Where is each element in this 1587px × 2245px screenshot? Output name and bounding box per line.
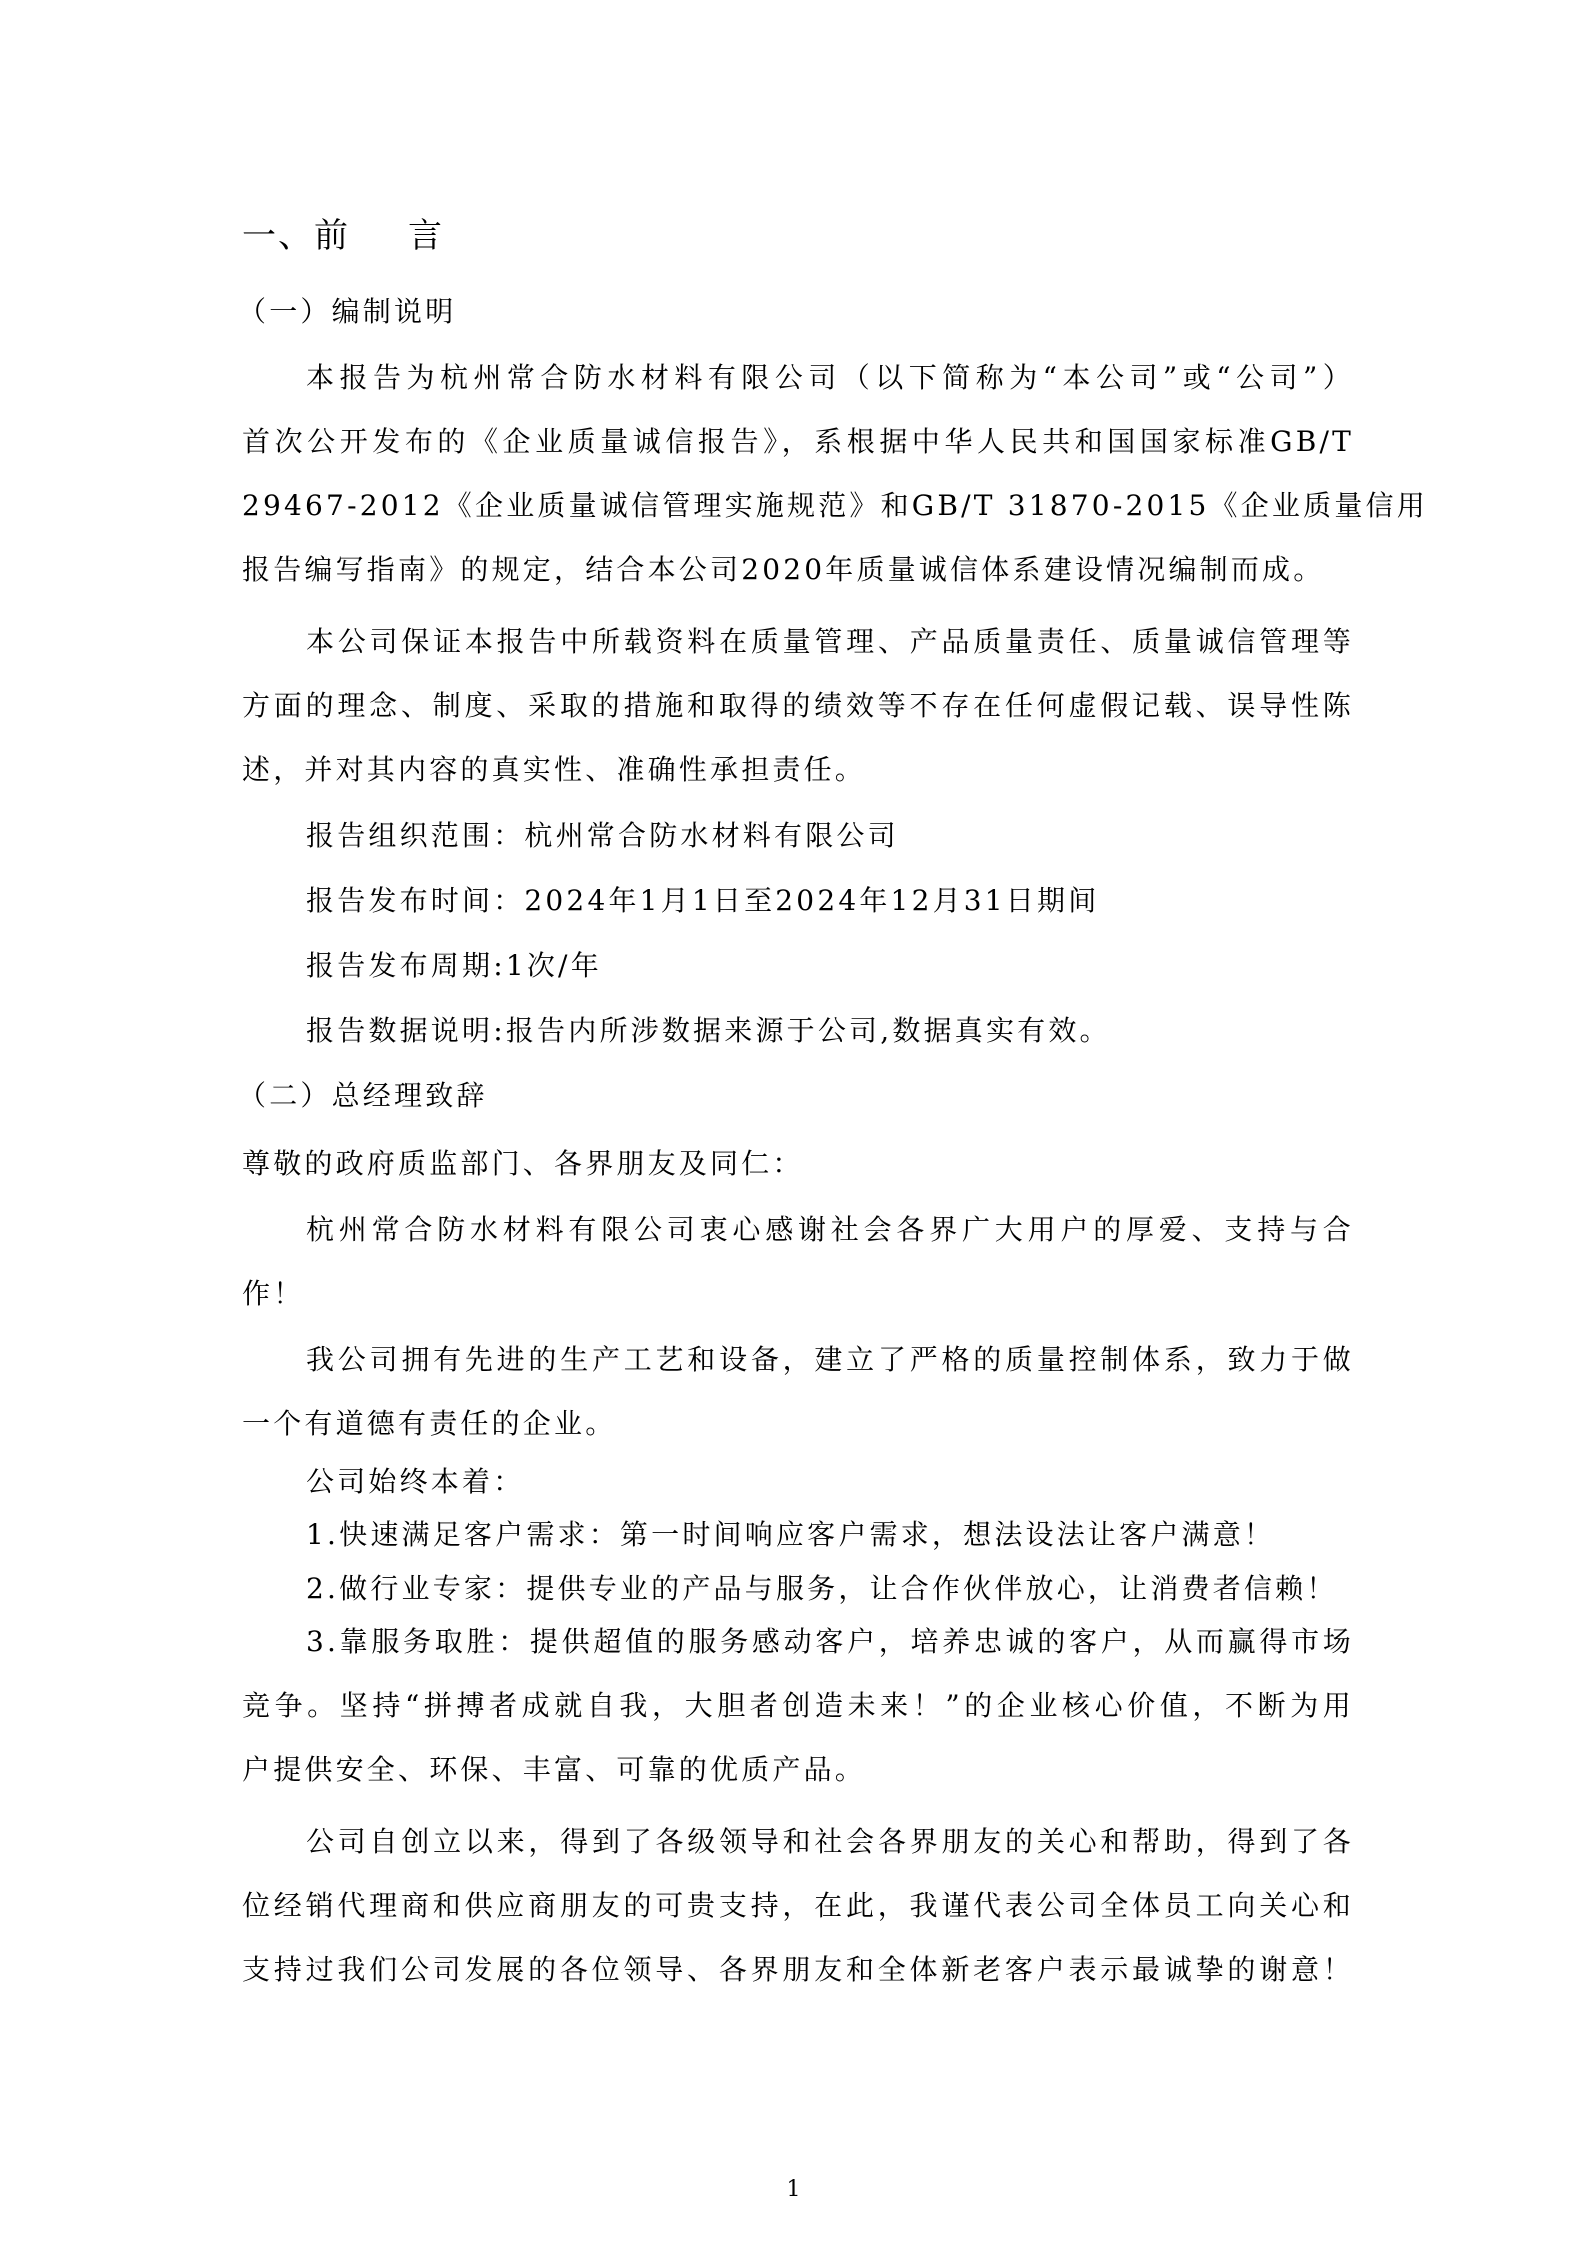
section-title-compilation-notes: （一）编制说明 bbox=[238, 295, 456, 329]
paragraph-line: 29467-2012《企业质量诚信管理实施规范》和GB/T 31870-2015… bbox=[242, 489, 1354, 523]
paragraph-line: 方面的理念、制度、采取的措施和取得的绩效等不存在任何虚假记载、误导性陈 bbox=[242, 689, 1354, 723]
paragraph-line: 户提供安全、环保、丰富、可靠的优质产品。 bbox=[242, 1753, 866, 1787]
principle-item: 1.快速满足客户需求：第一时间响应客户需求，想法设法让客户满意！ bbox=[306, 1518, 1275, 1552]
field-report-frequency: 报告发布周期:1次/年 bbox=[306, 949, 602, 983]
field-label: 报告数据说明: bbox=[306, 1014, 506, 1047]
paragraph-line: 述，并对其内容的真实性、准确性承担责任。 bbox=[242, 753, 866, 787]
paragraph-line: 位经销代理商和供应商朋友的可贵支持，在此，我谨代表公司全体员工向关心和 bbox=[242, 1889, 1354, 1923]
field-value: 杭州常合防水材料有限公司 bbox=[524, 819, 898, 852]
field-value: 2024年1月1日至2024年12月31日期间 bbox=[524, 884, 1099, 917]
field-report-scope: 报告组织范围：杭州常合防水材料有限公司 bbox=[306, 819, 899, 853]
paragraph-line: 首次公开发布的《企业质量诚信报告》，系根据中华人民共和国国家标准GB/T bbox=[242, 425, 1354, 459]
paragraph-line: 公司自创立以来，得到了各级领导和社会各界朋友的关心和帮助，得到了各 bbox=[306, 1825, 1354, 1859]
chapter-heading: 一、前言 bbox=[242, 216, 444, 256]
field-value: 报告内所涉数据来源于公司,数据真实有效。 bbox=[506, 1014, 1111, 1047]
paragraph-line: 报告编写指南》的规定，结合本公司2020年质量诚信体系建设情况编制而成。 bbox=[242, 553, 1324, 587]
principles-intro: 公司始终本着： bbox=[306, 1465, 524, 1499]
field-label: 报告发布周期: bbox=[306, 949, 506, 982]
paragraph-line: 本公司保证本报告中所载资料在质量管理、产品质量责任、质量诚信管理等 bbox=[306, 625, 1354, 659]
paragraph-line: 杭州常合防水材料有限公司衷心感谢社会各界广大用户的厚爱、支持与合 bbox=[306, 1213, 1354, 1247]
field-label: 报告组织范围： bbox=[306, 819, 524, 852]
paragraph-line: 支持过我们公司发展的各位领导、各界朋友和全体新老客户表示最诚挚的谢意！ bbox=[242, 1953, 1354, 1987]
chapter-number: 一、 bbox=[242, 216, 314, 256]
field-value: 1次/年 bbox=[506, 949, 602, 982]
field-data-description: 报告数据说明:报告内所涉数据来源于公司,数据真实有效。 bbox=[306, 1014, 1111, 1048]
paragraph-line: 竞争。坚持“拼搏者成就自我，大胆者创造未来！”的企业核心价值，不断为用 bbox=[242, 1689, 1354, 1723]
paragraph-line: 作！ bbox=[242, 1277, 304, 1311]
field-report-period: 报告发布时间：2024年1月1日至2024年12月31日期间 bbox=[306, 884, 1099, 918]
page-number: 1 bbox=[0, 2176, 1587, 2204]
principle-item: 3.靠服务取胜：提供超值的服务感动客户，培养忠诚的客户，从而赢得市场 bbox=[306, 1625, 1354, 1659]
chapter-title-part2: 言 bbox=[408, 216, 444, 256]
field-label: 报告发布时间： bbox=[306, 884, 524, 917]
section-title-gm-address: （二）总经理致辞 bbox=[238, 1079, 488, 1113]
paragraph-line: 本报告为杭州常合防水材料有限公司（以下简称为“本公司”或“公司”） bbox=[306, 361, 1354, 395]
document-page: 一、前言 （一）编制说明 本报告为杭州常合防水材料有限公司（以下简称为“本公司”… bbox=[0, 0, 1587, 2245]
principle-item: 2.做行业专家：提供专业的产品与服务，让合作伙伴放心，让消费者信赖！ bbox=[306, 1572, 1338, 1606]
paragraph-line: 我公司拥有先进的生产工艺和设备，建立了严格的质量控制体系，致力于做 bbox=[306, 1343, 1354, 1377]
salutation: 尊敬的政府质监部门、各界朋友及同仁： bbox=[242, 1147, 804, 1181]
paragraph-line: 一个有道德有责任的企业。 bbox=[242, 1407, 616, 1441]
chapter-title-part1: 前 bbox=[314, 216, 350, 256]
